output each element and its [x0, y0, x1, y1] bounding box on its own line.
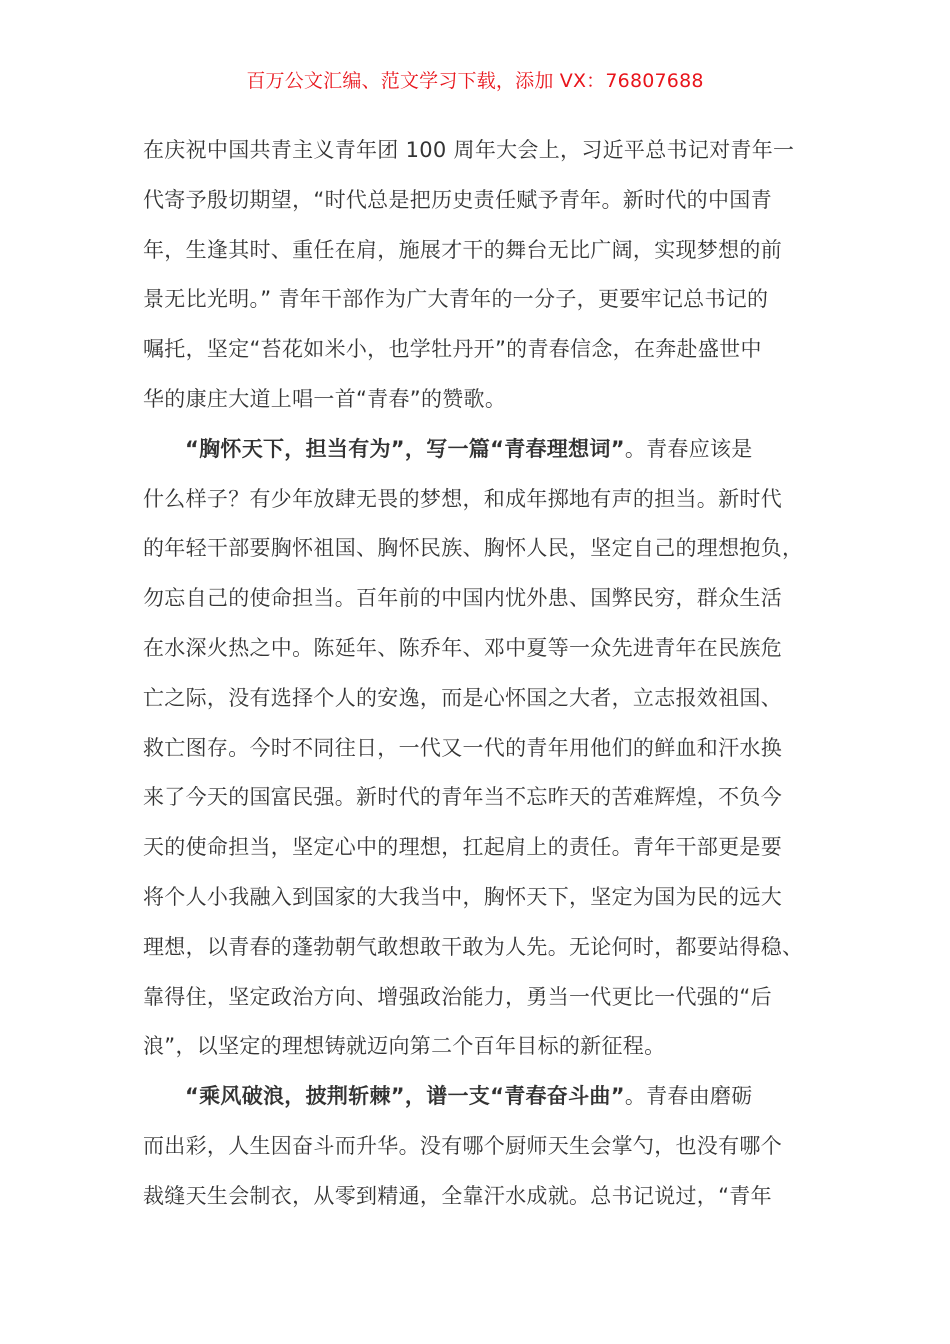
paragraph-heading-line: “胸怀天下，担当有为”，写一篇“青春理想词”。青春应该是 — [143, 430, 808, 480]
text-line: 代寄予殷切期望，“时代总是把历史责任赋予青年。新时代的中国青 — [143, 181, 808, 231]
text-line: 天的使命担当，坚定心中的理想，扛起肩上的责任。青年干部更是要 — [143, 828, 808, 878]
paragraph-heading-line: “乘风破浪，披荆斩棘”，谱一支“青春奋斗曲”。青春由磨砺 — [143, 1077, 808, 1127]
text-line: 裁缝天生会制衣，从零到精通，全靠汗水成就。总书记说过，“青年 — [143, 1177, 808, 1227]
text-line: 年，生逢其时、重任在肩，施展才干的舞台无比广阔，实现梦想的前 — [143, 231, 808, 281]
document-body: 在庆祝中国共青主义青年团 100 周年大会上，习近平总书记对青年一 代寄予殷切期… — [143, 131, 808, 1227]
text-line: 而出彩，人生因奋斗而升华。没有哪个厨师天生会掌勺，也没有哪个 — [143, 1127, 808, 1177]
paragraph-2: “胸怀天下，担当有为”，写一篇“青春理想词”。青春应该是 什么样子？有少年放肆无… — [143, 430, 808, 1077]
text-line: 靠得住，坚定政治方向、增强政治能力，勇当一代更比一代强的“后 — [143, 978, 808, 1028]
text-line: 的年轻干部要胸怀祖国、胸怀民族、胸怀人民，坚定自己的理想抱负， — [143, 529, 808, 579]
text-line: 在庆祝中国共青主义青年团 100 周年大会上，习近平总书记对青年一 — [143, 131, 808, 181]
text-line: 亡之际，没有选择个人的安逸，而是心怀国之大者，立志报效祖国、 — [143, 679, 808, 729]
text-line: 在水深火热之中。陈延年、陈乔年、邓中夏等一众先进青年在民族危 — [143, 629, 808, 679]
text-line: 将个人小我融入到国家的大我当中，胸怀天下，坚定为国为民的远大 — [143, 878, 808, 928]
section-heading: “乘风破浪，披荆斩棘”，谱一支“青春奋斗曲” — [185, 1084, 625, 1108]
text-line: 勿忘自己的使命担当。百年前的中国内忧外患、国弊民穷，群众生活 — [143, 579, 808, 629]
paragraph-3: “乘风破浪，披荆斩棘”，谱一支“青春奋斗曲”。青春由磨砺 而出彩，人生因奋斗而升… — [143, 1077, 808, 1226]
document-page: 百万公文汇编、范文学习下载，添加 VX：76807688 在庆祝中国共青主义青年… — [0, 0, 950, 1344]
text-line: 景无比光明。” 青年干部作为广大青年的一分子，更要牢记总书记的 — [143, 280, 808, 330]
text-line: 救亡图存。今时不同往日，一代又一代的青年用他们的鲜血和汗水换 — [143, 729, 808, 779]
text-line: 华的康庄大道上唱一首“青春”的赞歌。 — [143, 380, 808, 430]
section-heading: “胸怀天下，担当有为”，写一篇“青春理想词” — [185, 437, 625, 461]
text-line: 什么样子？有少年放肆无畏的梦想，和成年掷地有声的担当。新时代 — [143, 480, 808, 530]
text-line: 浪”，以坚定的理想铸就迈向第二个百年目标的新征程。 — [143, 1027, 808, 1077]
text-line: 嘱托，坚定“苔花如米小，也学牡丹开”的青春信念，在奔赴盛世中 — [143, 330, 808, 380]
heading-tail: 。青春应该是 — [625, 437, 753, 461]
text-line: 理想，以青春的蓬勃朝气敢想敢干敢为人先。无论何时，都要站得稳、 — [143, 928, 808, 978]
heading-tail: 。青春由磨砺 — [625, 1084, 753, 1108]
header-banner: 百万公文汇编、范文学习下载，添加 VX：76807688 — [0, 66, 950, 96]
text-line: 来了今天的国富民强。新时代的青年当不忘昨天的苦难辉煌，不负今 — [143, 778, 808, 828]
paragraph-1: 在庆祝中国共青主义青年团 100 周年大会上，习近平总书记对青年一 代寄予殷切期… — [143, 131, 808, 430]
